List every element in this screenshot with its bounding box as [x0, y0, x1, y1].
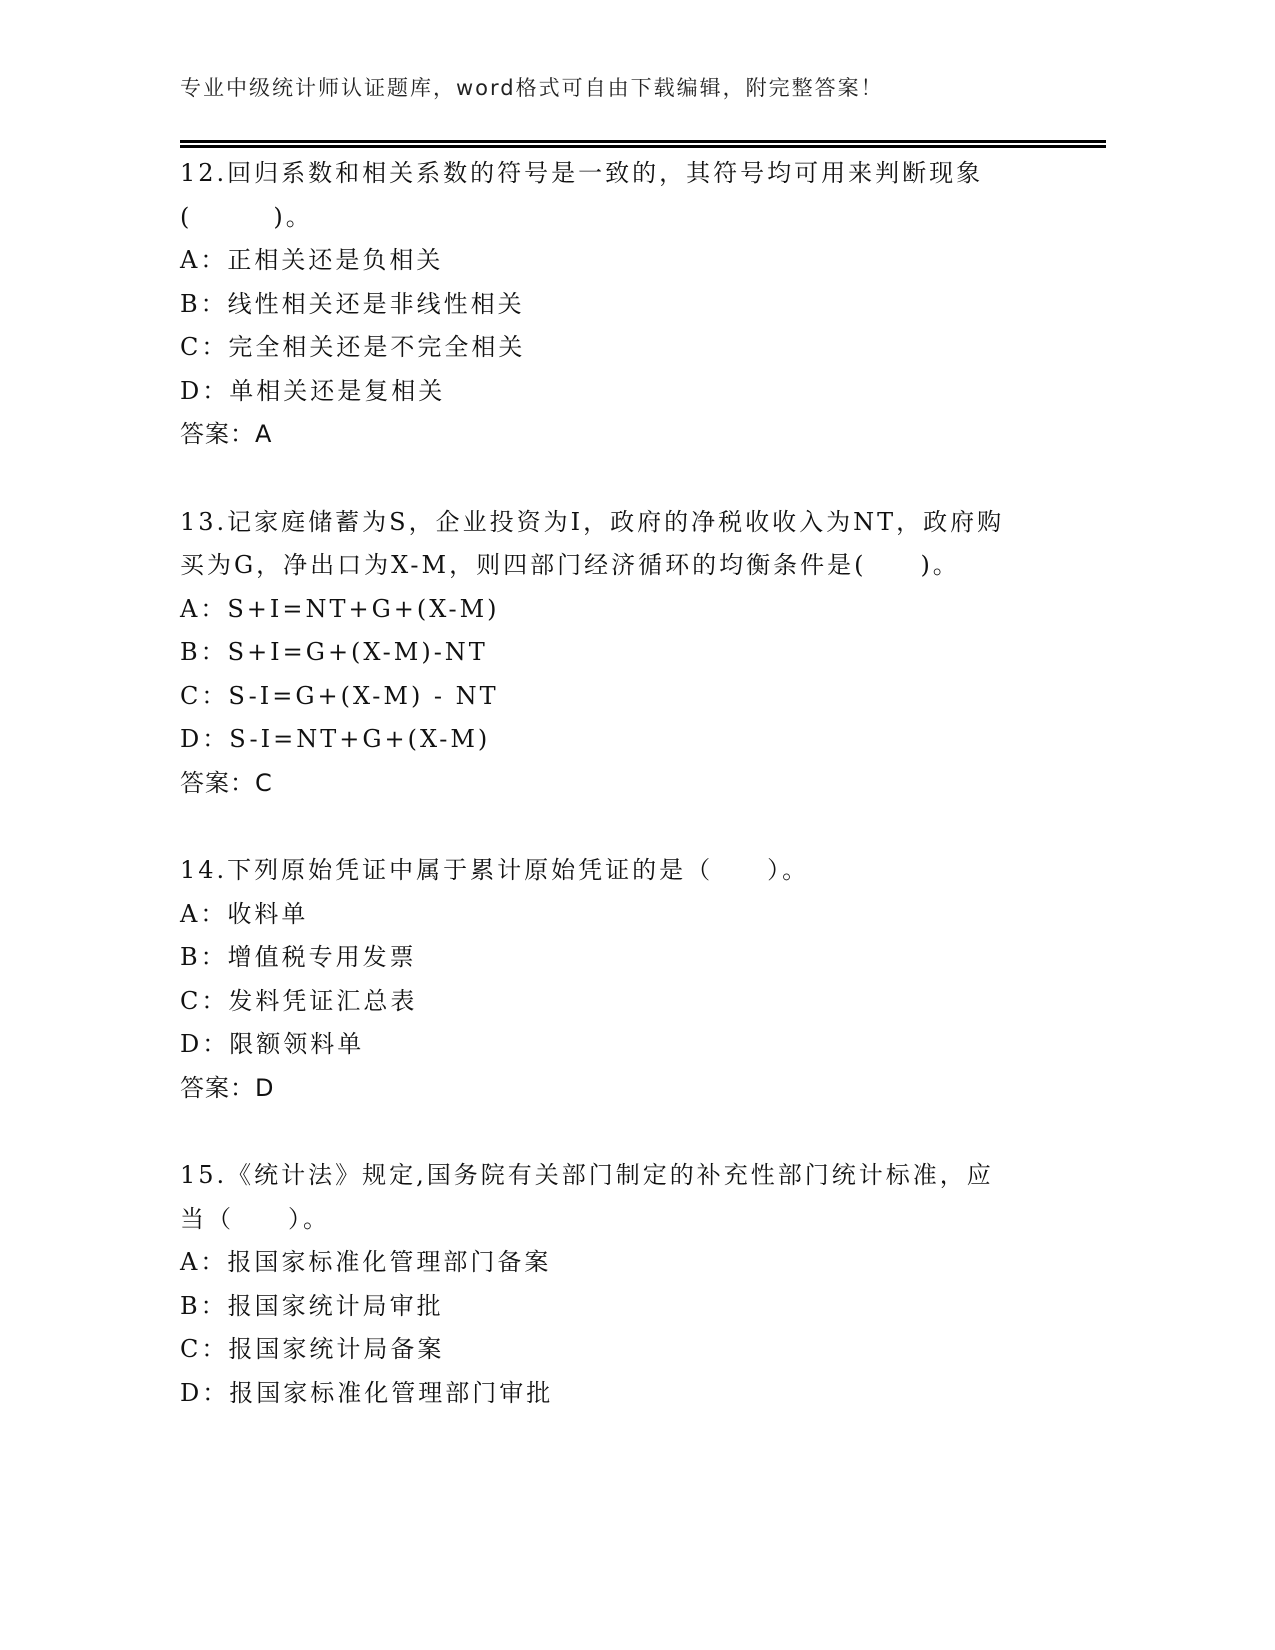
option-c: C：完全相关还是不完全相关 — [180, 326, 1080, 370]
option-b: B：线性相关还是非线性相关 — [180, 283, 1080, 327]
option-d: D：S-I=NT+G+(X-M) — [180, 718, 1080, 762]
option-c: C：发料凭证汇总表 — [180, 980, 1080, 1024]
option-a: A：报国家标准化管理部门备案 — [180, 1241, 1080, 1285]
page-header: 专业中级统计师认证题库，word格式可自由下载编辑，附完整答案！ — [180, 72, 884, 102]
question-stem: 15.《统计法》规定,国务院有关部门制定的补充性部门统计标准，应 — [180, 1154, 1080, 1198]
option-a: A：S+I=NT+G+(X-M) — [180, 588, 1080, 632]
question-14: 14.下列原始凭证中属于累计原始凭证的是（ ）。 A：收料单 B：增值税专用发票… — [180, 849, 1080, 1110]
answer: 答案：D — [180, 1067, 1080, 1111]
option-a: A：收料单 — [180, 893, 1080, 937]
question-13: 13.记家庭储蓄为S，企业投资为I，政府的净税收收入为NT，政府购 买为G，净出… — [180, 501, 1080, 806]
option-a: A：正相关还是负相关 — [180, 239, 1080, 283]
question-12: 12.回归系数和相关系数的符号是一致的，其符号均可用来判断现象 ( )。 A：正… — [180, 152, 1080, 457]
option-c: C：报国家统计局备案 — [180, 1328, 1080, 1372]
question-stem: 14.下列原始凭证中属于累计原始凭证的是（ ）。 — [180, 849, 1080, 893]
answer: 答案：A — [180, 413, 1080, 457]
answer: 答案：C — [180, 762, 1080, 806]
option-b: B：S+I=G+(X-M)-NT — [180, 631, 1080, 675]
header-divider — [180, 140, 1106, 148]
question-15: 15.《统计法》规定,国务院有关部门制定的补充性部门统计标准，应 当（ ）。 A… — [180, 1154, 1080, 1415]
option-d: D：报国家标准化管理部门审批 — [180, 1372, 1080, 1416]
question-stem: 买为G，净出口为X-M，则四部门经济循环的均衡条件是( )。 — [180, 544, 1080, 588]
question-stem: ( )。 — [180, 196, 1080, 240]
question-stem: 12.回归系数和相关系数的符号是一致的，其符号均可用来判断现象 — [180, 152, 1080, 196]
option-b: B：报国家统计局审批 — [180, 1285, 1080, 1329]
option-d: D：限额领料单 — [180, 1023, 1080, 1067]
option-d: D：单相关还是复相关 — [180, 370, 1080, 414]
divider-line-bottom — [180, 145, 1106, 148]
option-b: B：增值税专用发票 — [180, 936, 1080, 980]
question-list: 12.回归系数和相关系数的符号是一致的，其符号均可用来判断现象 ( )。 A：正… — [180, 152, 1080, 1459]
question-stem: 当（ ）。 — [180, 1198, 1080, 1242]
question-stem: 13.记家庭储蓄为S，企业投资为I，政府的净税收收入为NT，政府购 — [180, 501, 1080, 545]
option-c: C：S-I=G+(X-M) - NT — [180, 675, 1080, 719]
